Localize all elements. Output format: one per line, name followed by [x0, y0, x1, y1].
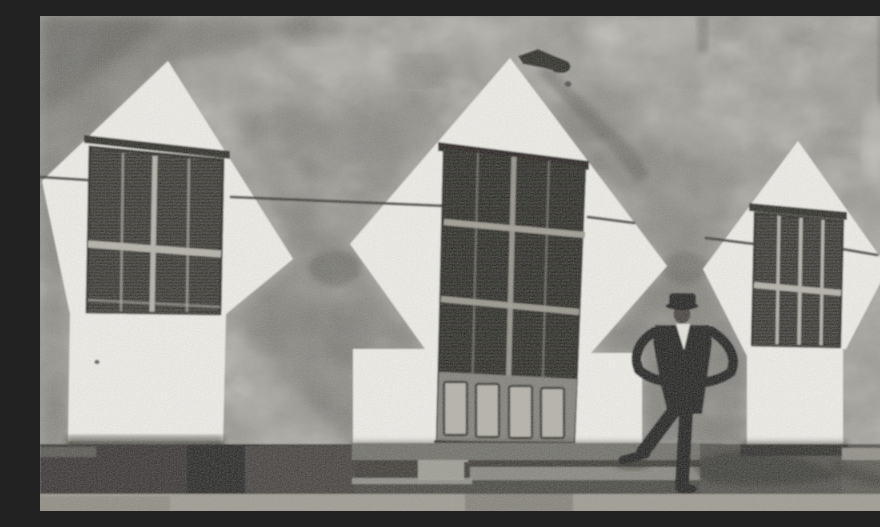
archival-photo: Black-and-white photograph of a stuccoed…: [40, 16, 880, 511]
film-grain-overlay: [40, 16, 880, 511]
photo-canvas: photograph: [40, 16, 880, 511]
